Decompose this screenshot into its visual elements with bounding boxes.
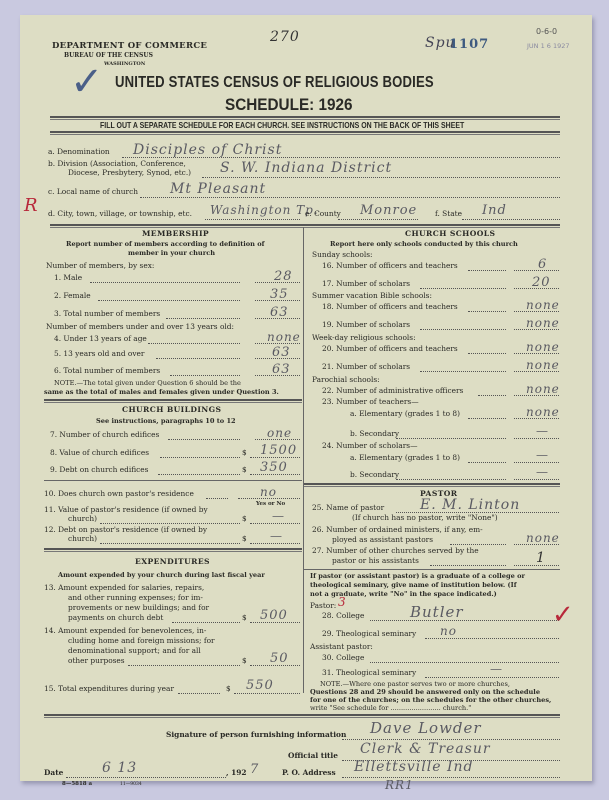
- state-line: [462, 219, 560, 220]
- q14-dollar: $: [242, 656, 247, 665]
- buildings-bottom-divider: [44, 548, 302, 552]
- q13-field[interactable]: 500: [260, 608, 288, 623]
- bureau-city: WASHINGTON: [104, 61, 145, 67]
- q9-dollar: $: [242, 465, 247, 474]
- graduate-divider: [304, 569, 560, 570]
- corner-code: 0-6-0: [536, 27, 557, 36]
- q12-label-1: 12. Debt on pastor's residence (if owned…: [44, 525, 207, 534]
- q27-label-2: pastor or his assistants: [332, 556, 419, 565]
- q19-label: 19. Number of scholars: [322, 320, 410, 329]
- handwritten-file-number: 270: [270, 29, 300, 45]
- q2-label: 2. Female: [54, 291, 91, 300]
- buildings-divider: [44, 480, 302, 481]
- membership-note-2: same as the total of males and females g…: [44, 388, 279, 396]
- q13-leader: [172, 622, 240, 623]
- instruction-banner: FILL OUT A SEPARATE SCHEDULE FOR EACH CH…: [100, 120, 464, 130]
- q24-label: 24. Number of scholars—: [322, 441, 418, 450]
- membership-note-1: NOTE.—The total given under Question 6 s…: [54, 379, 241, 387]
- schedule-year-title: SCHEDULE: 1926: [225, 95, 353, 115]
- q11-leader: [100, 523, 240, 524]
- graduate-note-1: If pastor (or assistant pastor) is a gra…: [310, 572, 525, 580]
- q13-label-1: 13. Amount expended for salaries, repair…: [44, 583, 204, 592]
- q14-label-4: other purposes: [68, 656, 125, 665]
- date-label: Date: [44, 768, 63, 777]
- q30-line: [370, 662, 559, 663]
- q24a-line: [514, 462, 559, 463]
- q26-label-2: ployed as assistant pastors: [332, 535, 433, 544]
- q24b-line: [514, 479, 559, 480]
- q23b-leader: [396, 438, 506, 439]
- form-title: UNITED STATES CENSUS OF RELIGIOUS BODIES: [115, 74, 434, 92]
- q14-leader: [128, 665, 240, 666]
- q3-leader: [166, 318, 240, 319]
- q24a-label: a. Elementary (grades 1 to 8): [350, 453, 460, 462]
- graduate-note-2: theological seminary, give name of insti…: [310, 581, 517, 589]
- q12-leader: [100, 543, 240, 544]
- q11-line: [250, 523, 300, 524]
- q21-leader: [420, 371, 506, 372]
- q7-leader: [168, 439, 240, 440]
- signature-line: [342, 739, 560, 740]
- q16-label: 16. Number of officers and teachers: [322, 261, 458, 270]
- po-address-label: P. O. Address: [282, 768, 336, 777]
- q27-label-1: 27. Number of other churches served by t…: [312, 546, 479, 555]
- q18-label: 18. Number of officers and teachers: [322, 302, 458, 311]
- q15-label: 15. Total expenditures during year: [44, 684, 174, 693]
- yes-no-hint: Yes or No: [256, 501, 285, 507]
- q10-field[interactable]: no: [260, 485, 277, 499]
- po-address-field[interactable]: Ellettsville Ind: [354, 759, 473, 775]
- q16-leader: [468, 270, 506, 271]
- q9-leader: [158, 474, 240, 475]
- department-name: DEPARTMENT OF COMMERCE: [52, 41, 207, 51]
- q9-label: 9. Debt on church edifices: [50, 465, 148, 474]
- q29-line: [425, 638, 559, 639]
- bureau-name: BUREAU OF THE CENSUS: [64, 52, 153, 59]
- church-name-line: [140, 197, 560, 198]
- division-label-2: Diocese, Presbytery, Synod, etc.): [68, 168, 191, 177]
- q19-leader: [420, 329, 506, 330]
- received-date-stamp: JUN 1 6 1927: [527, 42, 570, 50]
- q14-label-2: cluding home and foreign missions; for: [68, 636, 215, 645]
- q14-field[interactable]: 50: [270, 651, 289, 666]
- parochial-schools-heading: Parochial schools:: [312, 375, 380, 384]
- q9-field[interactable]: 350: [260, 460, 288, 475]
- q18-field[interactable]: none: [526, 298, 560, 312]
- q4-leader: [148, 343, 240, 344]
- q1-field[interactable]: 28: [274, 269, 293, 284]
- q8-field[interactable]: 1500: [260, 443, 297, 458]
- q12-line: [250, 543, 300, 544]
- pastor-subheading: Pastor:: [310, 601, 336, 610]
- q27-leader: [430, 565, 506, 566]
- q21-label: 21. Number of scholars: [322, 362, 410, 371]
- city-label: d. City, town, village, or township, etc…: [48, 209, 192, 218]
- state-label: f. State: [435, 209, 462, 218]
- q20-field[interactable]: none: [526, 340, 560, 354]
- city-field[interactable]: Washington Tp.: [210, 203, 319, 217]
- q26-label-1: 26. Number of ordained ministers, if any…: [312, 525, 483, 534]
- reviewer-margin-mark: R: [24, 195, 39, 216]
- form-code: 8—5818 a: [62, 781, 92, 787]
- pastor-note-1: NOTE.—Where one pastor serves two or mor…: [320, 680, 510, 688]
- q7-field[interactable]: one: [267, 426, 292, 440]
- expenditures-section-title: EXPENDITURES: [135, 557, 210, 566]
- q11-dollar: $: [242, 514, 247, 523]
- signature-field[interactable]: Dave Lowder: [370, 719, 482, 737]
- denomination-label: a. Denomination: [48, 147, 110, 156]
- q23b-field[interactable]: —: [536, 424, 549, 438]
- po-address-route-field[interactable]: RR1: [385, 778, 414, 792]
- q23b-label: b. Secondary: [350, 429, 399, 438]
- check-mark-icon: ✓: [70, 59, 104, 105]
- q29-field[interactable]: no: [440, 624, 457, 638]
- q16-field[interactable]: 6: [538, 257, 547, 272]
- q24a-field[interactable]: —: [536, 448, 549, 462]
- county-field[interactable]: Monroe: [360, 203, 417, 218]
- sunday-schools-heading: Sunday schools:: [312, 250, 372, 259]
- q15-dollar: $: [226, 684, 231, 693]
- q10-leader: [206, 498, 228, 499]
- buildings-section-title: CHURCH BUILDINGS: [122, 405, 221, 414]
- year-prefix: , 192: [226, 768, 247, 777]
- q4-label: 4. Under 13 years of age: [54, 334, 147, 343]
- signature-divider: [44, 714, 560, 718]
- division-field[interactable]: S. W. Indiana District: [220, 160, 392, 176]
- assistant-pastor-subheading: Assistant pastor:: [310, 642, 373, 651]
- q6-leader: [170, 375, 240, 376]
- membership-divider: [44, 399, 302, 403]
- q8-dollar: $: [242, 448, 247, 457]
- instruction-divider: [50, 131, 560, 135]
- q23-label: 23. Number of teachers—: [322, 397, 419, 406]
- q4-field[interactable]: none: [267, 330, 301, 344]
- q29-label: 29. Theological seminary: [322, 629, 416, 638]
- q2-field[interactable]: 35: [270, 287, 289, 302]
- q3-field[interactable]: 63: [270, 305, 289, 320]
- q20-leader: [468, 353, 506, 354]
- pastor-note-4: write "See schedule for ................…: [310, 704, 471, 712]
- q15-field[interactable]: 550: [246, 678, 274, 693]
- q31-line: [425, 677, 559, 678]
- q18-leader: [468, 311, 506, 312]
- q3-label: 3. Total number of members: [54, 309, 160, 318]
- q5-field[interactable]: 63: [272, 345, 291, 360]
- q1-label: 1. Male: [54, 273, 82, 282]
- q24b-field[interactable]: —: [536, 465, 549, 479]
- q10-label: 10. Does church own pastor's residence: [44, 489, 194, 498]
- q13-dollar: $: [242, 613, 247, 622]
- q24a-leader: [468, 462, 506, 463]
- census-form-sheet: 270 Spu 1107 0-6-0 JUN 1 6 1927 DEPARTME…: [20, 15, 592, 781]
- q28-field[interactable]: Butler: [410, 603, 464, 621]
- schools-section-title: CHURCH SCHOOLS: [405, 229, 495, 238]
- q17-field[interactable]: 20: [532, 275, 551, 290]
- q23a-field[interactable]: none: [526, 405, 560, 419]
- q26-field[interactable]: none: [526, 531, 560, 545]
- q22-field[interactable]: none: [526, 382, 560, 396]
- schools-subtitle: Report here only schools conducted by th…: [330, 240, 518, 248]
- print-code: 11—9034: [120, 782, 142, 787]
- q17-leader: [420, 288, 506, 289]
- q6-field[interactable]: 63: [272, 362, 291, 377]
- q25-field[interactable]: E. M. Linton: [420, 497, 520, 513]
- division-line: [202, 177, 560, 178]
- po-address-line: [342, 777, 560, 778]
- q27-field[interactable]: 1: [536, 550, 546, 566]
- q5-leader: [156, 358, 240, 359]
- by-sex-heading: Number of members, by sex:: [46, 261, 154, 270]
- church-name-field[interactable]: Mt Pleasant: [170, 181, 266, 197]
- q15-leader: [178, 693, 220, 694]
- q24b-label: b. Secondary: [350, 470, 399, 479]
- q5-label: 5. 13 years old and over: [54, 349, 144, 358]
- pastor-note-2: Questions 28 and 29 should be answered o…: [310, 688, 540, 696]
- by-age-heading: Number of members under and over 13 year…: [46, 322, 234, 331]
- q22-leader: [478, 395, 506, 396]
- q19-field[interactable]: none: [526, 316, 560, 330]
- q11-field[interactable]: —: [272, 509, 285, 523]
- q16-line: [514, 270, 559, 271]
- q22-label: 22. Number of administrative officers: [322, 386, 463, 395]
- q17-label: 17. Number of scholars: [322, 279, 410, 288]
- q31-label: 31. Theological seminary: [322, 668, 416, 677]
- signature-label: Signature of person furnishing informati…: [166, 730, 346, 739]
- buildings-subtitle: See instructions, paragraphs 10 to 12: [96, 417, 236, 425]
- q28-line: [370, 620, 559, 621]
- q12-field[interactable]: —: [270, 529, 283, 543]
- q23b-line: [514, 438, 559, 439]
- summer-schools-heading: Summer vacation Bible schools:: [312, 291, 432, 300]
- q8-leader: [160, 457, 240, 458]
- denomination-field[interactable]: Disciples of Christ: [133, 142, 282, 158]
- q12-label-2: church): [68, 534, 97, 543]
- q14-label-1: 14. Amount expended for benevolences, in…: [44, 626, 206, 635]
- expenditures-subtitle: Amount expended by your church during la…: [58, 571, 265, 579]
- q24b-leader: [396, 479, 506, 480]
- weekday-schools-heading: Week-day religious schools:: [312, 333, 416, 342]
- q13-label-2: and other running expenses; for im-: [68, 593, 203, 602]
- q25-hint: (If church has no pastor, write "None"): [352, 513, 498, 522]
- q1-leader: [90, 282, 240, 283]
- q14-label-3: denominational support; and for all: [68, 646, 201, 655]
- q31-field[interactable]: —: [490, 662, 503, 676]
- q2-leader: [98, 300, 240, 301]
- q11-label-2: church): [68, 514, 97, 523]
- date-line: [66, 777, 226, 778]
- q6-label: 6. Total number of members: [54, 366, 160, 375]
- division-label-1: b. Division (Association, Conference,: [48, 159, 186, 168]
- membership-subtitle-2: member in your church: [128, 249, 215, 257]
- q7-label: 7. Number of church edifices: [50, 430, 159, 439]
- state-field[interactable]: Ind: [482, 203, 507, 218]
- q15-line: [234, 693, 300, 694]
- q21-field[interactable]: none: [526, 358, 560, 372]
- city-line: [205, 219, 300, 220]
- pastor-note-3: for one of the churches; on the schedule…: [310, 696, 551, 704]
- q28-label: 28. College: [322, 611, 364, 620]
- q13-label-4: payments on church debt: [68, 613, 163, 622]
- schools-divider: [304, 483, 560, 487]
- q20-label: 20. Number of officers and teachers: [322, 344, 458, 353]
- date-field[interactable]: 6 13: [102, 760, 137, 776]
- stamp-number: 1107: [449, 37, 489, 52]
- year-field[interactable]: 7: [250, 762, 259, 777]
- q23a-leader: [468, 418, 506, 419]
- official-title-field[interactable]: Clerk & Treasur: [360, 741, 491, 757]
- membership-section-title: MEMBERSHIP: [142, 229, 209, 238]
- q12-dollar: $: [242, 534, 247, 543]
- q30-label: 30. College: [322, 653, 364, 662]
- reviewer-check-icon: ✓: [552, 600, 575, 630]
- official-title-label: Official title: [288, 751, 338, 760]
- church-name-label: c. Local name of church: [48, 187, 138, 196]
- reviewer-mark-3: 3: [338, 595, 347, 609]
- q8-label: 8. Value of church edifices: [50, 448, 149, 457]
- q26-leader: [450, 544, 506, 545]
- q11-label-1: 11. Value of pastor's residence (if owne…: [44, 505, 208, 514]
- q23a-label: a. Elementary (grades 1 to 8): [350, 409, 460, 418]
- identity-divider: [50, 224, 560, 228]
- membership-subtitle-1: Report number of members according to de…: [66, 240, 265, 248]
- county-label: e. County: [305, 209, 341, 218]
- q25-label: 25. Name of pastor: [312, 503, 384, 512]
- column-divider: [303, 227, 304, 693]
- county-line: [338, 219, 418, 220]
- q13-label-3: provements or new buildings; and for: [68, 603, 209, 612]
